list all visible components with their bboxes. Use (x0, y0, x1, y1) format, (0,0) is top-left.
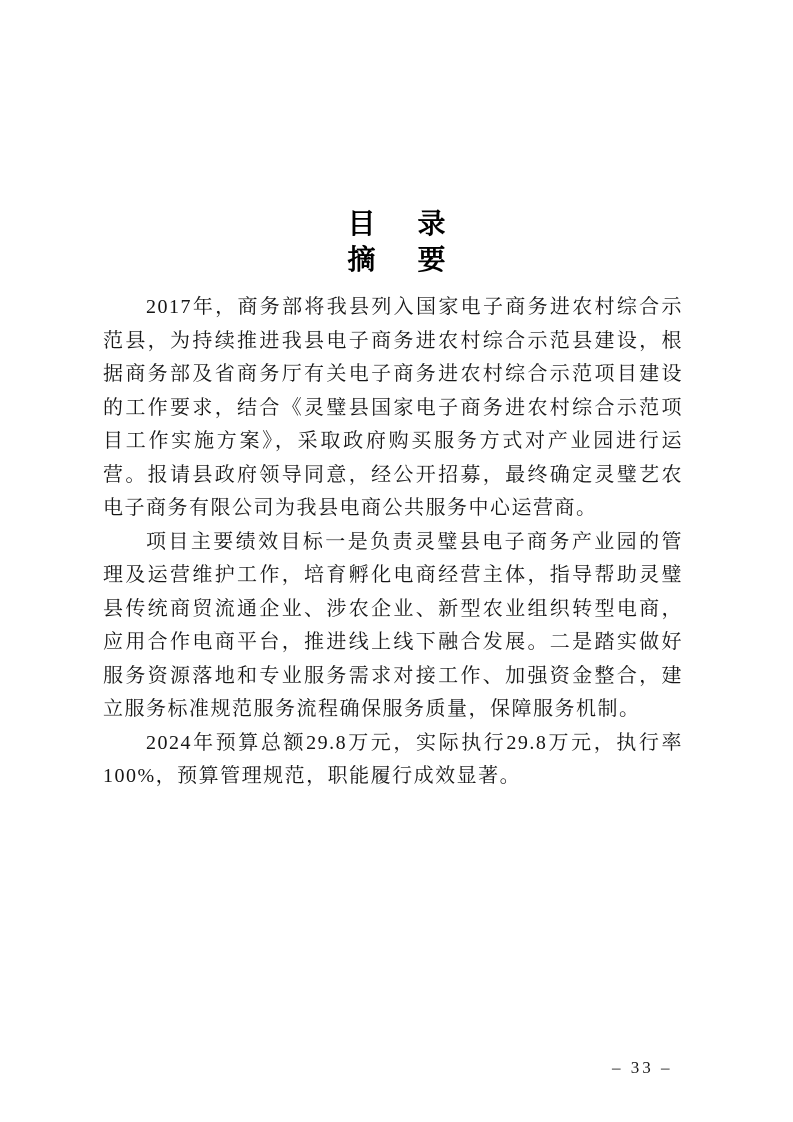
abstract-title: 摘 要 (0, 242, 793, 278)
document-page: 目 录 摘 要 2017年，商务部将我县列入国家电子商务进农村综合示范县，为持续… (0, 0, 793, 1122)
toc-title: 目 录 (0, 206, 793, 242)
paragraph: 项目主要绩效目标一是负责灵璧县电子商务产业园的管理及运营维护工作，培育孵化电商经… (103, 526, 683, 727)
paragraph: 2024年预算总额29.8万元，实际执行29.8万元，执行率100%，预算管理规… (103, 727, 683, 794)
page-headings: 目 录 摘 要 (0, 206, 793, 278)
abstract-body: 2017年，商务部将我县列入国家电子商务进农村综合示范县，为持续推进我县电子商务… (103, 291, 683, 794)
page-number: – 33 – (612, 1058, 673, 1078)
paragraph: 2017年，商务部将我县列入国家电子商务进农村综合示范县，为持续推进我县电子商务… (103, 291, 683, 526)
